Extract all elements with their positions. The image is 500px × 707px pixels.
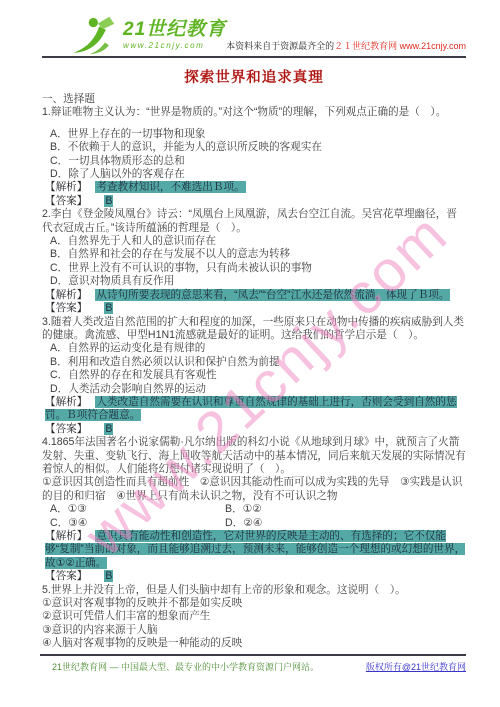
- answer-label: 【答案】: [45, 302, 87, 314]
- answer-line: 【答案】B: [42, 195, 466, 208]
- option-item: C．③④: [50, 517, 225, 530]
- question-3: 3.随着人类改造自然范围的扩大和程度的加深，一些原来只在动物中传播的疾病威胁到人…: [42, 316, 466, 437]
- analysis-text: 考查教材知识，不难选出Ｂ项。: [95, 181, 245, 193]
- question-4: 4.1865年法国著名小说家儒勒·凡尔纳出版的科幻小说《从地球到月球》中，就预言…: [42, 436, 466, 583]
- page-title: 探索世界和追求真理: [42, 66, 466, 87]
- question-1: 1.辩证唯物主义认为：“世界是物质的。”对这个“物质”的理解，下列观点正确的是（…: [42, 106, 466, 208]
- answer-text: B: [104, 423, 113, 435]
- statement-line: ②意识可凭借人们丰富的想象而产生: [42, 610, 466, 623]
- analysis-label: 【解析】: [45, 289, 87, 301]
- statement-line: ①意识对客观事物的反映并不都是如实反映: [42, 597, 466, 610]
- option-item: B．自然界和社会的存在与发展不以人的意志为转移: [42, 248, 466, 261]
- notice-brand-link[interactable]: ２１世纪教育网 www.21cnjy.com: [334, 41, 466, 51]
- answer-text: B: [104, 570, 113, 582]
- footer-copyright-link[interactable]: 版权所有@21世纪教育网: [366, 660, 466, 673]
- question-stem: 1.辩证唯物主义认为：“世界是物质的。”对这个“物质”的理解，下列观点正确的是（…: [42, 106, 466, 119]
- analysis-line: 【解析】人类改造自然需要在认识和尊重自然规律的基础上进行，否则会受到自然的惩罚。…: [42, 396, 466, 423]
- question-stem: 4.1865年法国著名小说家儒勒·凡尔纳出版的科幻小说《从地球到月球》中，就预言…: [42, 436, 466, 476]
- option-item: C．自然界的存在和发展具有客观性: [42, 369, 466, 382]
- option-item: A．自然界的运动变化是有规律的: [42, 342, 466, 355]
- footer-divider: [40, 654, 466, 656]
- analysis-text: 从诗句所要表现的意思来看，“凤去”“台空”江水还是依然流淌，体现了Ｂ项。: [95, 289, 450, 301]
- analysis-line: 【解析】从诗句所要表现的意思来看，“凤去”“台空”江水还是依然流淌，体现了Ｂ项。: [42, 289, 466, 302]
- option-row: C．③④D．②④: [42, 517, 466, 530]
- option-item: A．①③: [50, 503, 225, 516]
- statement-line: ③意识的内容来源于人脑: [42, 624, 466, 637]
- notice-prefix: 本资料来自于资源最齐全的: [226, 41, 334, 51]
- option-item: D．人类活动会影响自然界的运动: [42, 383, 466, 396]
- option-item: D．意识对物质具有反作用: [42, 275, 466, 288]
- option-item: B．利用和改造自然必须以认识和保护自然为前提: [42, 356, 466, 369]
- header: 21世纪教育 www.21cnjy.com 本资料来自于资源最齐全的２１世纪教育…: [42, 8, 466, 55]
- question-stem: 5.世界上并没有上帝，但是人们头脑中却有上帝的形象和观念。这说明（ ）。: [42, 584, 466, 597]
- site-logo: 21世纪教育 www.21cnjy.com: [72, 15, 226, 55]
- analysis-line: 【解析】考查教材知识，不难选出Ｂ项。: [42, 181, 466, 194]
- option-item: A．自然界先于人和人的意识而存在: [42, 235, 466, 248]
- header-divider: [42, 56, 466, 58]
- statement-line: ④人脑对客观事物的反映是一种能动的反映: [42, 637, 466, 650]
- option-item: B．不依赖于人的意识，并能为人的意识所反映的客观实在: [42, 141, 466, 154]
- spacer: [42, 120, 466, 128]
- answer-label: 【答案】: [45, 570, 87, 582]
- answer-label: 【答案】: [45, 423, 87, 435]
- section-heading: 一、选择题: [42, 93, 466, 106]
- answer-line: 【答案】B: [42, 570, 466, 583]
- answer-label: 【答案】: [45, 195, 87, 207]
- answer-line: 【答案】B: [42, 302, 466, 315]
- question-2: 2.李白《登金陵凤凰台》诗云：“凤凰台上凤凰游，凤去台空江自流。吴宫花草埋幽径，…: [42, 208, 466, 315]
- option-item: D．②④: [225, 517, 400, 530]
- document-body: 一、选择题 1.辩证唯物主义认为：“世界是物质的。”对这个“物质”的理解，下列观…: [42, 93, 466, 651]
- answer-text: B: [104, 302, 113, 314]
- analysis-label: 【解析】: [45, 396, 87, 408]
- question-5: 5.世界上并没有上帝，但是人们头脑中却有上帝的形象和观念。这说明（ ）。①意识对…: [42, 584, 466, 651]
- document-page: 21世纪教育 www.21cnjy.com 本资料来自于资源最齐全的２１世纪教育…: [0, 0, 500, 707]
- option-item: C．一切具体物质形态的总和: [42, 155, 466, 168]
- option-item: C．世界上没有不可认识的事物，只有尚未被认识的事物: [42, 262, 466, 275]
- statement-line: ①意识因其创造性而具有超前性 ②意识因其能动性而可以成为实践的先导 ③实践是认识…: [42, 476, 466, 503]
- option-item: A．世界上存在的一切事物和现象: [42, 128, 466, 141]
- option-row: A．①③B．①②: [42, 503, 466, 516]
- runner-icon: [72, 15, 120, 55]
- analysis-line: 【解析】意识具有能动性和创造性，它对世界的反映是主动的、有选择的；它不仅能够“复…: [42, 530, 466, 570]
- analysis-text: 意识具有能动性和创造性，它对世界的反映是主动的、有选择的；它不仅能够“复制”当前…: [45, 530, 465, 569]
- footer: 21世纪教育网 — 中国最大型、最专业的中小学教育资源门户网站。 版权所有@21…: [40, 654, 466, 673]
- question-stem: 3.随着人类改造自然范围的扩大和程度的加深，一些原来只在动物中传播的疾病威胁到人…: [42, 316, 466, 343]
- brand-url: www.21cnjy.com: [123, 42, 226, 50]
- analysis-label: 【解析】: [45, 530, 87, 542]
- option-item: D．除了人脑以外的客观存在: [42, 168, 466, 181]
- analysis-label: 【解析】: [45, 181, 87, 193]
- analysis-text: 人类改造自然需要在认识和尊重自然规律的基础上进行，否则会受到自然的惩罚。Ｂ项符合…: [45, 396, 457, 421]
- question-stem: 2.李白《登金陵凤凰台》诗云：“凤凰台上凤凰游，凤去台空江自流。吴宫花草埋幽径，…: [42, 208, 466, 235]
- answer-line: 【答案】B: [42, 423, 466, 436]
- option-item: B．①②: [225, 503, 400, 516]
- answer-text: B: [104, 195, 113, 207]
- footer-slogan: 21世纪教育网 — 中国最大型、最专业的中小学教育资源门户网站。: [40, 660, 319, 673]
- logo-text: 21世纪教育 www.21cnjy.com: [123, 20, 226, 50]
- brand-name: 21世纪教育: [123, 20, 226, 39]
- header-notice: 本资料来自于资源最齐全的２１世纪教育网 www.21cnjy.com: [226, 39, 466, 55]
- questions-list: 1.辩证唯物主义认为：“世界是物质的。”对这个“物质”的理解，下列观点正确的是（…: [42, 106, 466, 650]
